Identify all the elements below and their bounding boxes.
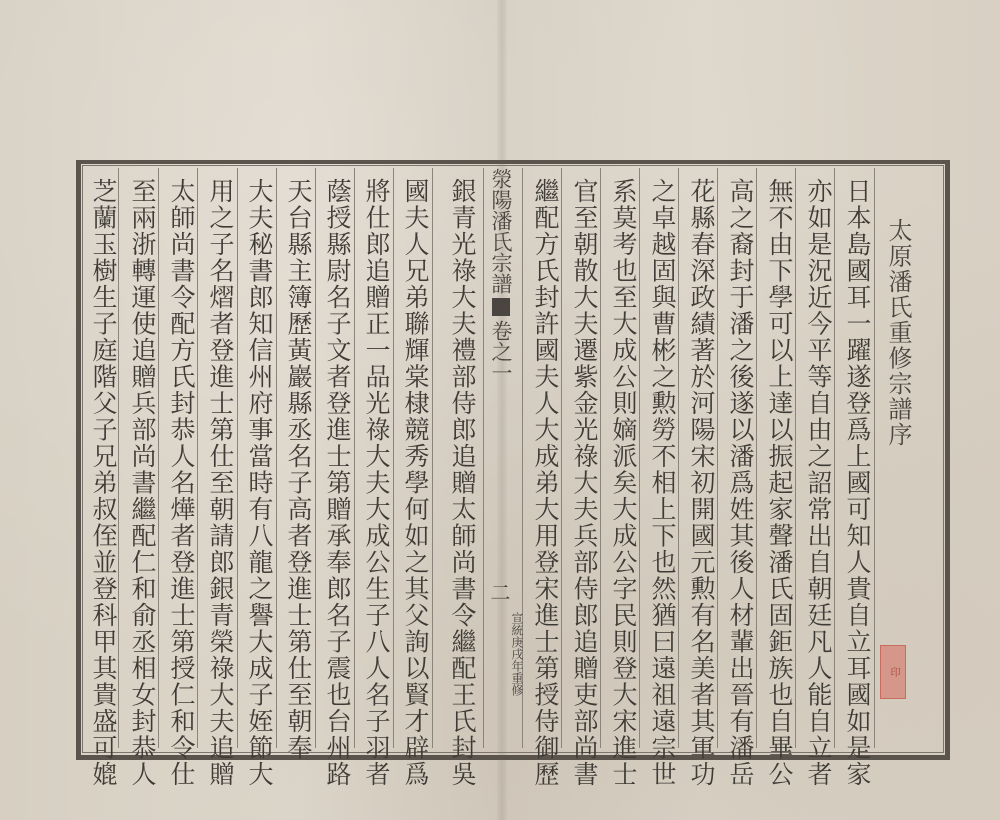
column-rule xyxy=(600,168,601,748)
text-column-18: 至兩浙轉運使追贈兵部尚書繼配仁和俞丞相女封恭人 xyxy=(127,178,157,788)
genealogy-title: 滎陽潘氏宗譜 xyxy=(489,168,513,294)
column-rule xyxy=(118,168,119,748)
red-seal-stamp: 印 xyxy=(880,645,906,699)
column-rule xyxy=(393,168,394,748)
column-rule xyxy=(315,168,316,748)
text-column-8: 官至朝散大夫遷紫金光祿大夫兵部侍郎追贈吏部尚書 xyxy=(569,178,599,788)
text-column-19: 芝蘭玉樹生子庭階父子兄弟叔侄並登科甲其貴盛可媲 xyxy=(88,178,118,788)
edition-note: 宣統庚戌年重修 xyxy=(507,612,527,696)
text-column-7: 系莫考也至大成公則嫡派矣大成公字民則登大宋進士 xyxy=(608,178,638,788)
column-rule xyxy=(834,168,835,748)
text-column-14: 天台縣主簿歷黃巖縣丞名子高者登進士第仕至朝奉 xyxy=(283,178,313,761)
volume-label: 卷之一 xyxy=(489,320,513,383)
center-margin-title: 滎陽潘氏宗譜卷之一 xyxy=(486,168,516,383)
column-rule xyxy=(354,168,355,748)
text-column-6: 之卓越固與曹彬之勲勞不相上下也然猶曰遠祖遠宗世 xyxy=(647,178,677,788)
text-column-3: 無不由下學可以上達以振起家聲潘氏固鉅族也自畢公 xyxy=(764,178,794,788)
column-rule xyxy=(639,168,640,748)
column-rule xyxy=(717,168,718,748)
text-column-17: 太師尚書令配方氏封恭人名燁者登進士第授仁和令仕 xyxy=(166,178,196,788)
column-rule xyxy=(561,168,562,748)
fishtail-mark xyxy=(492,298,510,316)
text-column-1: 日本島國耳一躍遂登爲上國可知人貴自立耳國如是家 xyxy=(842,178,872,788)
column-rule xyxy=(276,168,277,748)
column-rule xyxy=(678,168,679,748)
text-column-16: 用之子名熠者登進士第仕至朝請郎銀青榮祿大夫追贈 xyxy=(205,178,235,788)
text-column-10: 銀青光祿大夫禮部侍郎追贈太師尚書令繼配王氏封吳 xyxy=(447,178,477,788)
text-column-12: 將仕郎追贈正一品光祿大夫大成公生子八人名子羽者 xyxy=(361,178,391,788)
text-column-5: 花縣春深政績著於河陽宋初開國元勲有名美者其軍功 xyxy=(686,178,716,788)
column-rule xyxy=(432,168,433,748)
text-column-4: 高之裔封于潘之後遂以潘爲姓其後人材輩出晉有潘岳 xyxy=(725,178,755,788)
column-rule xyxy=(158,168,159,748)
text-column-2: 亦如是況近今平等自由之詔常出自朝廷凡人能自立者 xyxy=(803,178,833,788)
text-column-13: 蔭授縣尉名子文者登進士第贈承奉郎名子震也台州路 xyxy=(322,178,352,788)
text-column-9: 繼配方氏封許國夫人大成弟大用登宋進士第授侍御歷 xyxy=(530,178,560,788)
column-rule xyxy=(874,168,875,748)
column-rule xyxy=(237,168,238,748)
preface-title: 太原潘氏重修宗譜序 xyxy=(883,218,913,448)
column-rule xyxy=(483,168,484,748)
text-column-15: 大夫秘書郎知信州府事當時有八龍之譽大成子姪節大 xyxy=(244,178,274,788)
column-rule xyxy=(795,168,796,748)
column-rule xyxy=(756,168,757,748)
page-number: 二 xyxy=(488,582,514,602)
text-column-11: 國夫人兄弟聯輝棠棣競秀學何如之其父詢以賢才辟爲 xyxy=(400,178,430,788)
column-rule xyxy=(197,168,198,748)
